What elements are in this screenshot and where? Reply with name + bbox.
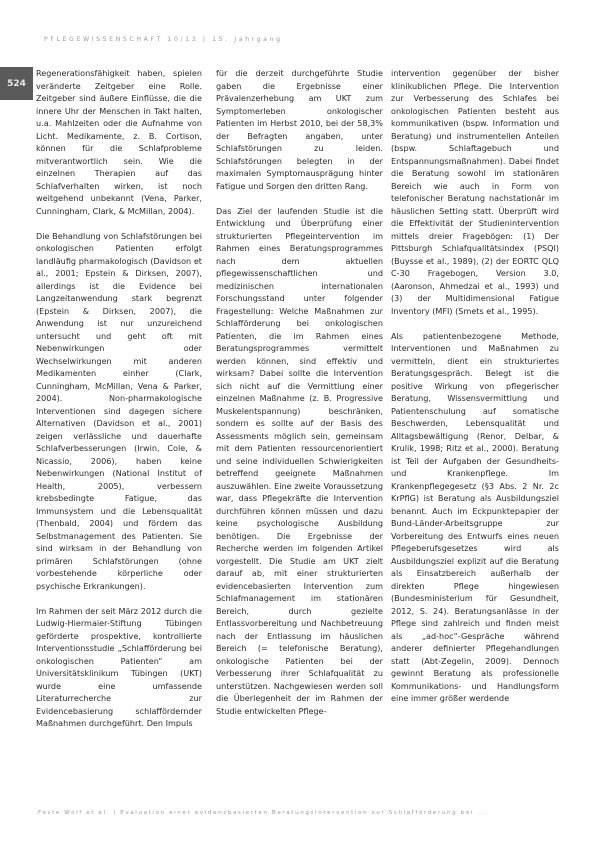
paragraph: Die Behandlung von Schlafstörungen bei o… — [36, 230, 202, 593]
paragraph: für die derzeit durchgeführte Studie gab… — [216, 67, 383, 192]
running-head: PFLEGEWISSENSCHAFT 10/13 | 15. Jahrgang — [44, 36, 283, 43]
page-number: 524 — [0, 67, 33, 100]
page-footer: Feste Wolf et al. | Evaluation einer evi… — [38, 810, 488, 816]
text-column-2: für die derzeit durchgeführte Studie gab… — [216, 67, 383, 730]
paragraph: Als patientenbezogene Methode, Intervent… — [391, 330, 559, 705]
paragraph: Regenerationsfähigkeit haben, spielen ve… — [36, 67, 202, 217]
text-column-3: intervention gegenüber der bisher klinik… — [391, 67, 559, 717]
text-column-1: Regenerationsfähigkeit haben, spielen ve… — [36, 67, 202, 742]
paragraph: intervention gegenüber der bisher klinik… — [391, 67, 559, 317]
paragraph: Im Rahmen der seit März 2012 durch die L… — [36, 605, 202, 730]
paragraph: Das Ziel der laufenden Studie ist die En… — [216, 205, 383, 718]
